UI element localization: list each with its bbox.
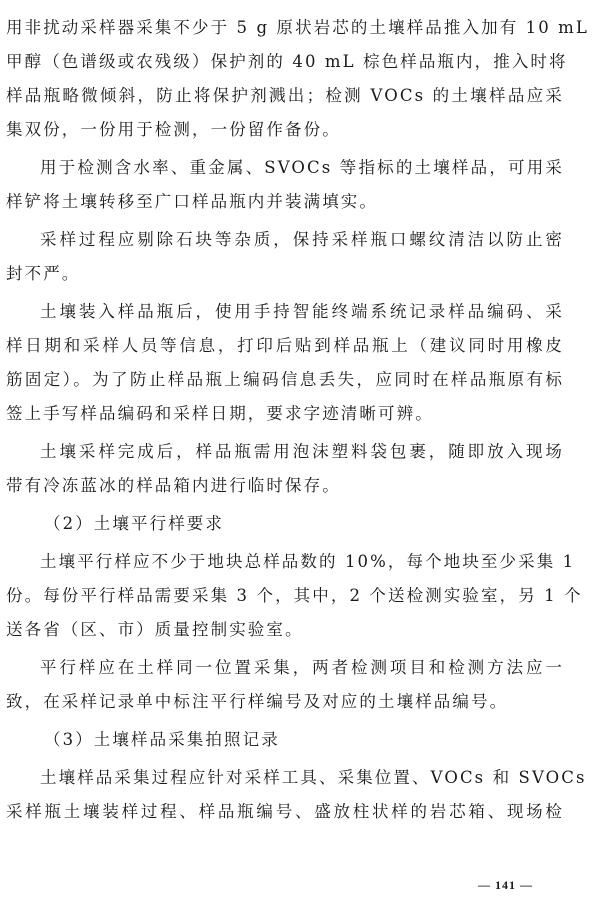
paragraph-4-line-2: 样日期和采样人员等信息，打印后贴到样品瓶上（建议同时用橡皮	[6, 336, 564, 356]
paragraph-6-line-2: 份。每份平行样品需要采集 3 个，其中，2 个送检测实验室，另 1 个	[6, 586, 564, 606]
paragraph-1-line-1: 用非扰动采样器采集不少于 5 g 原状岩芯的土壤样品推入加有 10 mL	[6, 18, 564, 38]
paragraph-2-line-2: 样铲将土壤转移至广口样品瓶内并装满填实。	[6, 192, 564, 212]
page-number: — 141 —	[478, 878, 533, 893]
paragraph-4-line-3: 筋固定）。为了防止样品瓶上编码信息丢失，应同时在样品瓶原有标	[6, 370, 564, 390]
paragraph-7-line-2: 致，在采样记录单中标注平行样编号及对应的土壤样品编号。	[6, 692, 564, 712]
paragraph-8-line-1: 土壤样品采集过程应针对采样工具、采集位置、VOCs 和 SVOCs	[40, 768, 564, 788]
paragraph-5-line-2: 带有冷冻蓝冰的样品箱内进行临时保存。	[6, 476, 564, 496]
paragraph-4-line-4: 签上手写样品编码和采样日期，要求字迹清晰可辨。	[6, 404, 564, 424]
paragraph-6-line-1: 土壤平行样应不少于地块总样品数的 10%，每个地块至少采集 1	[40, 552, 564, 572]
paragraph-8-line-2: 采样瓶土壤装样过程、样品瓶编号、盛放柱状样的岩芯箱、现场检	[6, 802, 564, 822]
paragraph-4-line-1: 土壤装入样品瓶后，使用手持智能终端系统记录样品编码、采	[40, 302, 564, 322]
section-heading-photo-records: （3）土壤样品采集拍照记录	[44, 730, 280, 750]
paragraph-1-line-4: 集双份，一份用于检测，一份留作备份。	[6, 120, 564, 140]
paragraph-1-line-3: 样品瓶略微倾斜，防止将保护剂溅出；检测 VOCs 的土壤样品应采	[6, 86, 564, 106]
section-heading-parallel-samples: （2）土壤平行样要求	[44, 514, 224, 534]
paragraph-2-line-1: 用于检测含水率、重金属、SVOCs 等指标的土壤样品，可用采	[40, 158, 564, 178]
paragraph-1-line-2: 甲醇（色谱级或农残级）保护剂的 40 mL 棕色样品瓶内，推入时将	[6, 52, 564, 72]
paragraph-7-line-1: 平行样应在土样同一位置采集，两者检测项目和检测方法应一	[40, 658, 564, 678]
paragraph-3-line-1: 采样过程应剔除石块等杂质，保持采样瓶口螺纹清洁以防止密	[40, 230, 564, 250]
paragraph-6-line-3: 送各省（区、市）质量控制实验室。	[6, 620, 564, 640]
paragraph-3-line-2: 封不严。	[6, 264, 564, 284]
paragraph-5-line-1: 土壤采样完成后，样品瓶需用泡沫塑料袋包裹，随即放入现场	[40, 442, 564, 462]
document-page: 用非扰动采样器采集不少于 5 g 原状岩芯的土壤样品推入加有 10 mL 甲醇（…	[0, 0, 600, 902]
